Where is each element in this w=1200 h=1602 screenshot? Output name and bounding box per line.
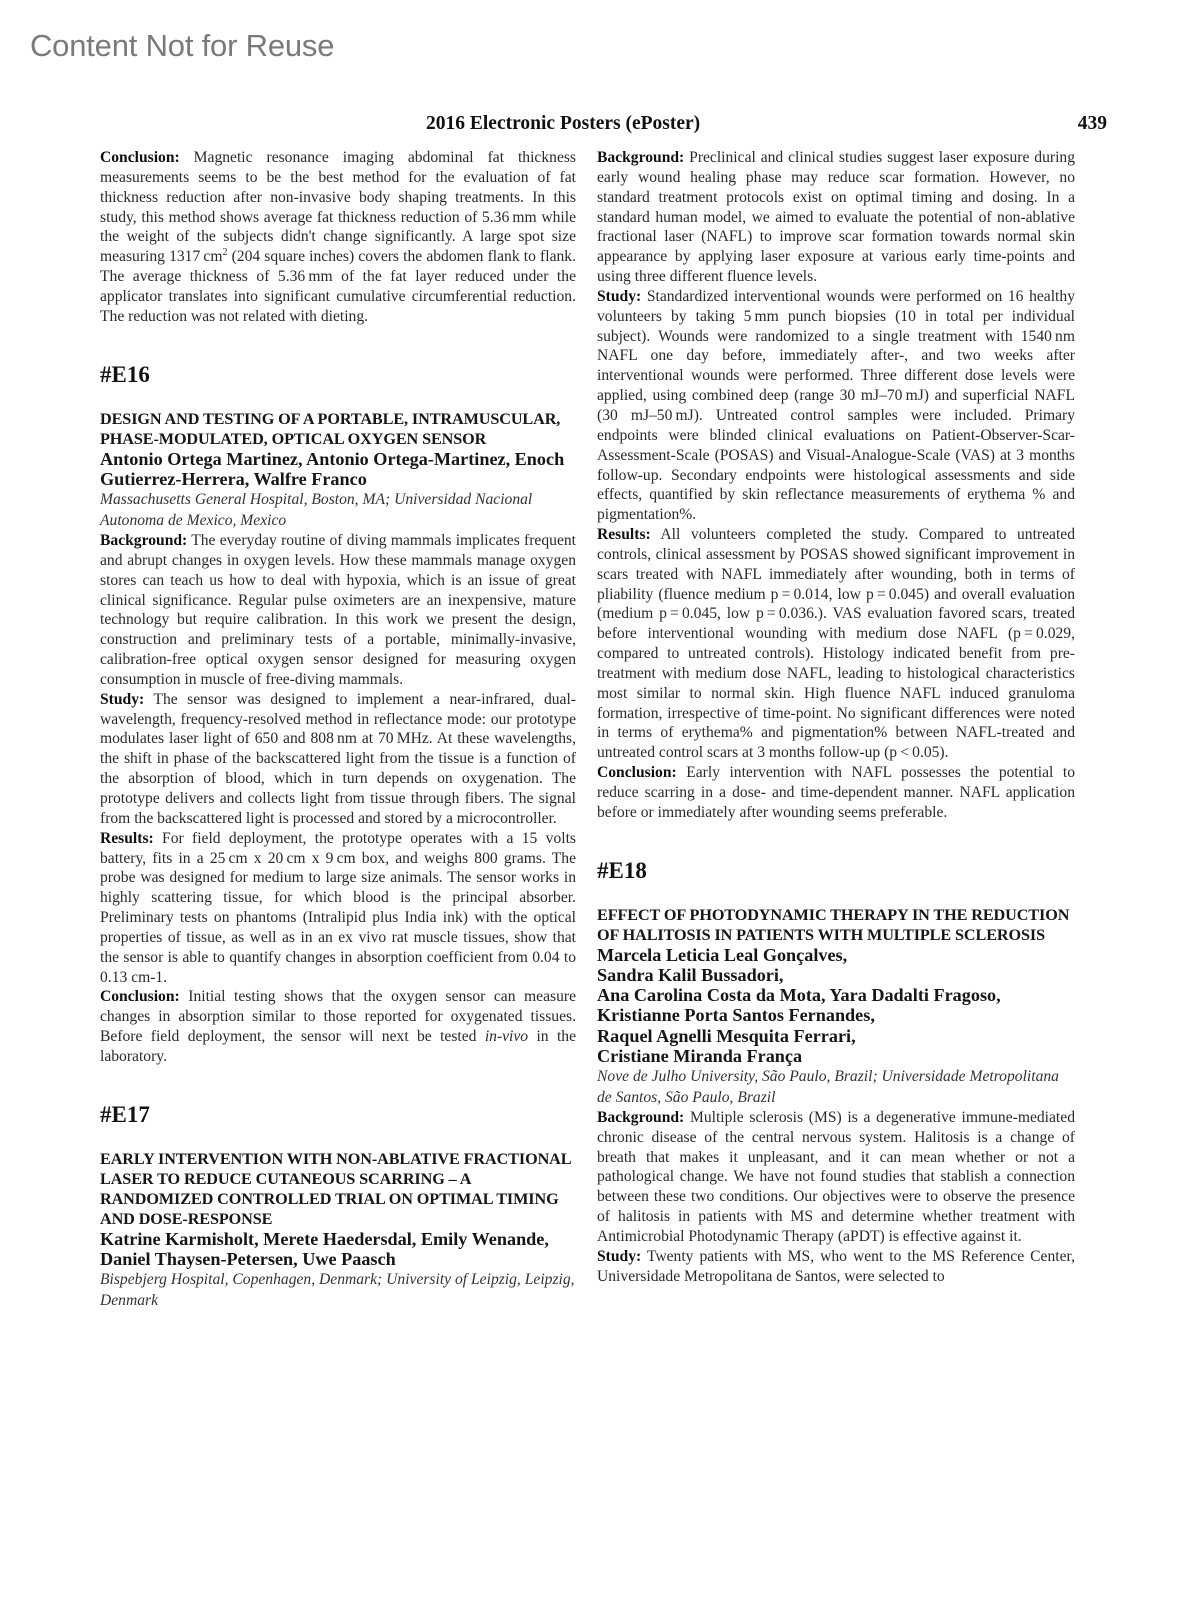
abstract-title-e18: EFFECT OF PHOTODYNAMIC THERAPY IN THE RE… xyxy=(597,905,1075,945)
running-header: 2016 Electronic Posters (ePoster) 439 xyxy=(0,113,1200,137)
abstract-affiliation-e17: Bispebjerg Hospital, Copenhagen, Denmark… xyxy=(100,1269,576,1311)
prev-abstract-conclusion: Conclusion: Magnetic resonance imaging a… xyxy=(100,148,576,327)
author-line: Sandra Kalil Bussadori, xyxy=(597,965,1075,985)
e16-conclusion: Conclusion: Initial testing shows that t… xyxy=(100,987,576,1066)
e17-study: Study: Standardized interventional wound… xyxy=(597,287,1075,525)
abstract-id-e17: #E17 xyxy=(100,1101,576,1129)
section-label: Conclusion: xyxy=(100,149,180,166)
right-column: Background: Preclinical and clinical stu… xyxy=(597,148,1075,1287)
e18-background: Background: Multiple sclerosis (MS) is a… xyxy=(597,1108,1075,1247)
watermark: Content Not for Reuse xyxy=(30,28,334,64)
running-title: 2016 Electronic Posters (ePoster) xyxy=(426,113,700,135)
abstract-title-e17: EARLY INTERVENTION WITH NON-ABLATIVE FRA… xyxy=(100,1149,576,1229)
e17-results: Results: All volunteers completed the st… xyxy=(597,525,1075,763)
e16-background: Background: The everyday routine of divi… xyxy=(100,531,576,690)
abstract-affiliation-e18: Nove de Julho University, São Paulo, Bra… xyxy=(597,1066,1075,1108)
author-line: Raquel Agnelli Mesquita Ferrari, xyxy=(597,1026,1075,1046)
abstract-id-e18: #E18 xyxy=(597,857,1075,885)
e16-study: Study: The sensor was designed to implem… xyxy=(100,690,576,829)
e16-results: Results: For field deployment, the proto… xyxy=(100,829,576,988)
page-number: 439 xyxy=(1078,113,1107,135)
abstract-authors-e18: Marcela Leticia Leal Gonçalves, Sandra K… xyxy=(597,945,1075,1066)
abstract-authors-e17: Katrine Karmisholt, Merete Haedersdal, E… xyxy=(100,1229,576,1269)
e18-study: Study: Twenty patients with MS, who went… xyxy=(597,1247,1075,1287)
author-line: Cristiane Miranda França xyxy=(597,1046,1075,1066)
author-line: Ana Carolina Costa da Mota, Yara Dadalti… xyxy=(597,985,1075,1005)
abstract-authors-e16: Antonio Ortega Martinez, Antonio Ortega-… xyxy=(100,449,576,489)
abstract-affiliation-e16: Massachusetts General Hospital, Boston, … xyxy=(100,489,576,531)
author-line: Kristianne Porta Santos Fernandes, xyxy=(597,1005,1075,1025)
abstract-id-e16: #E16 xyxy=(100,361,576,389)
e17-conclusion: Conclusion: Early intervention with NAFL… xyxy=(597,763,1075,823)
e17-background: Background: Preclinical and clinical stu… xyxy=(597,148,1075,287)
author-line: Marcela Leticia Leal Gonçalves, xyxy=(597,945,1075,965)
abstract-title-e16: DESIGN AND TESTING OF A PORTABLE, INTRAM… xyxy=(100,409,576,449)
left-column: Conclusion: Magnetic resonance imaging a… xyxy=(100,148,576,1311)
